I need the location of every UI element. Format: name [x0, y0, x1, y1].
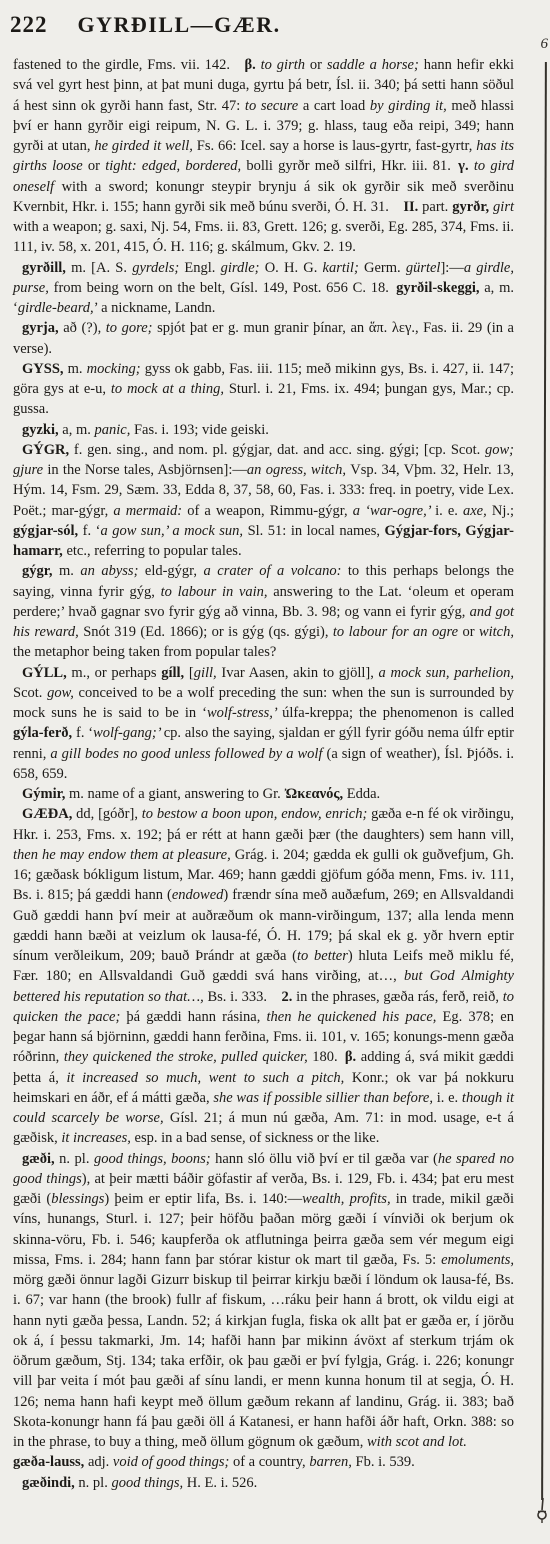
entry-gymir: Gýmir, m. name of a giant, answering to …: [13, 784, 514, 804]
entry-gaeda: GÆÐA, dd, [góðr], to bestow a boon upon,…: [13, 804, 514, 1148]
running-header: 222 GYRÐILL—GÆR.: [10, 12, 281, 38]
entry-gaedi: gæði, n. pl. good things, boons; hann sl…: [13, 1149, 514, 1453]
entry-gygr-ogress: GÝGR, f. gen. sing., and nom. pl. gýgjar…: [13, 440, 514, 562]
entry-gyll: GÝLL, m., or perhaps gíll, [gill, Ivar A…: [13, 663, 514, 785]
entry-gygr-abyss: gýgr, m. an abyss; eld-gýgr, a crater of…: [13, 561, 514, 662]
entry-gyzki: gyzki, a, m. panic, Fas. i. 193; vide ge…: [13, 420, 514, 440]
entry-gyss: GYSS, m. mocking; gyss ok gabb, Fas. iii…: [13, 359, 514, 420]
entry-gyrja: gyrja, að (?), to gore; spjót þat er g. …: [13, 318, 514, 359]
page-number: 222: [10, 12, 48, 38]
page-header-title: GYRÐILL—GÆR.: [78, 12, 281, 38]
text-column: fastened to the girdle, Fms. vii. 142. β…: [13, 55, 514, 1493]
margin-mark-top: 6: [541, 36, 549, 53]
page-edge-rule: [541, 62, 547, 1500]
entry-gyrda-continuation: fastened to the girdle, Fms. vii. 142. β…: [13, 55, 514, 258]
dictionary-page: 222 GYRÐILL—GÆR. 6 fastened to the girdl…: [0, 0, 550, 1544]
binder-ornament-icon: [535, 1498, 549, 1524]
entry-gyrdill: gyrðill, m. [A. S. gyrdels; Engl. girdle…: [13, 258, 514, 319]
entry-gaeda-lauss: gæða-lauss, adj. void of good things; of…: [13, 1452, 514, 1472]
entry-gaedindi: gæðindi, n. pl. good things, H. E. i. 52…: [13, 1473, 514, 1493]
